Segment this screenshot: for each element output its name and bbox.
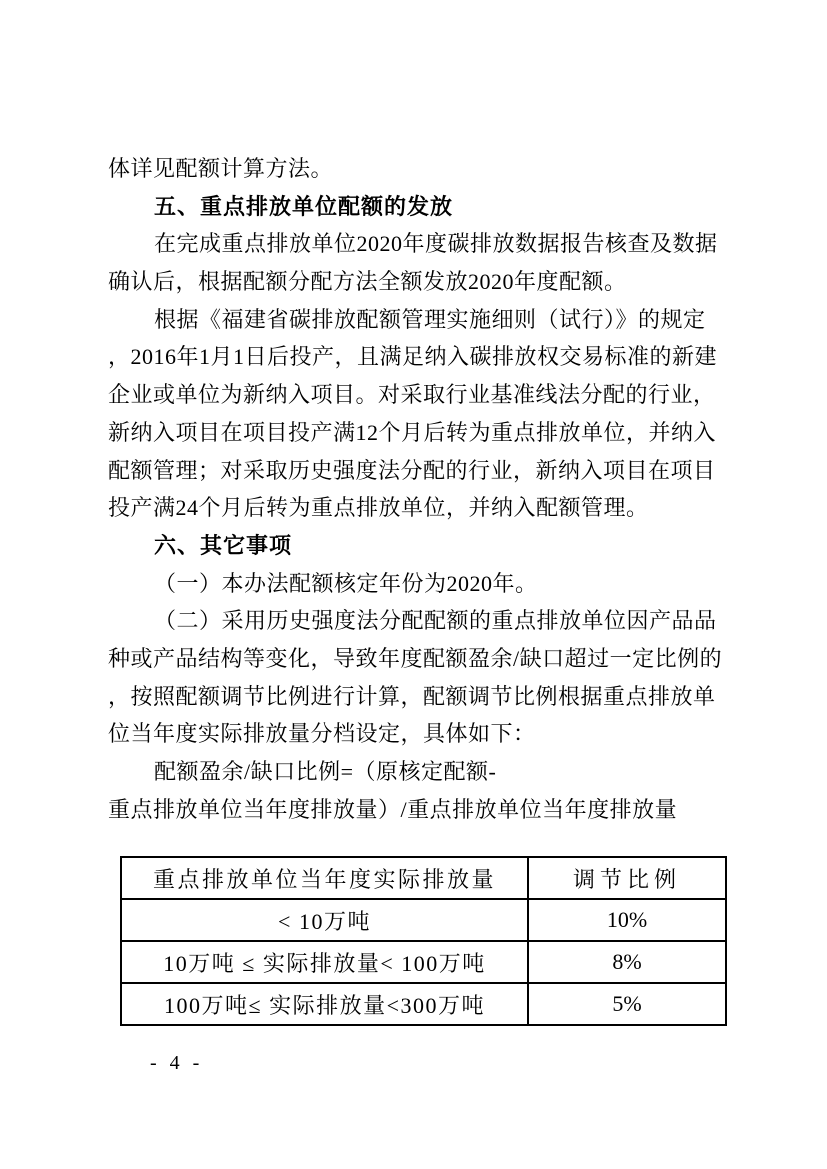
- section-heading-6: 六、其它事项: [108, 527, 730, 565]
- body-line: （二）采用历史强度法分配配额的重点排放单位因产品品: [108, 602, 730, 640]
- table-header-row: 重点排放单位当年度实际排放量 调节比例: [121, 857, 726, 899]
- emission-range-cell: 100万吨≤ 实际排放量<300万吨: [121, 983, 528, 1025]
- column-header-emission: 重点排放单位当年度实际排放量: [121, 857, 528, 899]
- quota-adjustment-table: 重点排放单位当年度实际排放量 调节比例 < 10万吨 10% 10万吨 ≤ 实际…: [120, 856, 727, 1026]
- table-row: 100万吨≤ 实际排放量<300万吨 5%: [121, 983, 726, 1025]
- body-line: ，2016年1月1日后投产，且满足纳入碳排放权交易标准的新建: [108, 338, 730, 376]
- body-line: 位当年度实际排放量分档设定，具体如下：: [108, 715, 730, 753]
- ratio-cell: 8%: [528, 941, 726, 983]
- section-heading-5: 五、重点排放单位配额的发放: [108, 188, 730, 226]
- ratio-cell: 10%: [528, 899, 726, 941]
- column-header-ratio: 调节比例: [528, 857, 726, 899]
- body-line: 种或产品结构等变化，导致年度配额盈余/缺口超过一定比例的: [108, 640, 730, 678]
- emission-range-cell: < 10万吨: [121, 899, 528, 941]
- document-body: 体详见配额计算方法。 五、重点排放单位配额的发放 在完成重点排放单位2020年度…: [108, 150, 730, 1026]
- page-number: - 4 -: [150, 1050, 203, 1076]
- body-line: （一）本办法配额核定年份为2020年。: [108, 565, 730, 603]
- document-page: 体详见配额计算方法。 五、重点排放单位配额的发放 在完成重点排放单位2020年度…: [0, 0, 827, 1169]
- formula-line: 重点排放单位当年度排放量）/重点排放单位当年度排放量: [108, 791, 730, 829]
- body-line: ，按照配额调节比例进行计算，配额调节比例根据重点排放单: [108, 678, 730, 716]
- body-line: 根据《福建省碳排放配额管理实施细则（试行）》的规定: [108, 301, 730, 339]
- table-row: 10万吨 ≤ 实际排放量< 100万吨 8%: [121, 941, 726, 983]
- body-line: 确认后，根据配额分配方法全额发放2020年度配额。: [108, 263, 730, 301]
- body-line: 企业或单位为新纳入项目。对采取行业基准线法分配的行业，: [108, 376, 730, 414]
- body-line: 新纳入项目在项目投产满12个月后转为重点排放单位，并纳入: [108, 414, 730, 452]
- body-line: 在完成重点排放单位2020年度碳排放数据报告核查及数据: [108, 225, 730, 263]
- emission-range-cell: 10万吨 ≤ 实际排放量< 100万吨: [121, 941, 528, 983]
- table-row: < 10万吨 10%: [121, 899, 726, 941]
- formula-line: 配额盈余/缺口比例=（原核定配额-: [108, 753, 730, 791]
- ratio-cell: 5%: [528, 983, 726, 1025]
- body-line: 配额管理；对采取历史强度法分配的行业，新纳入项目在项目: [108, 452, 730, 490]
- body-line: 投产满24个月后转为重点排放单位，并纳入配额管理。: [108, 489, 730, 527]
- body-line: 体详见配额计算方法。: [108, 150, 730, 188]
